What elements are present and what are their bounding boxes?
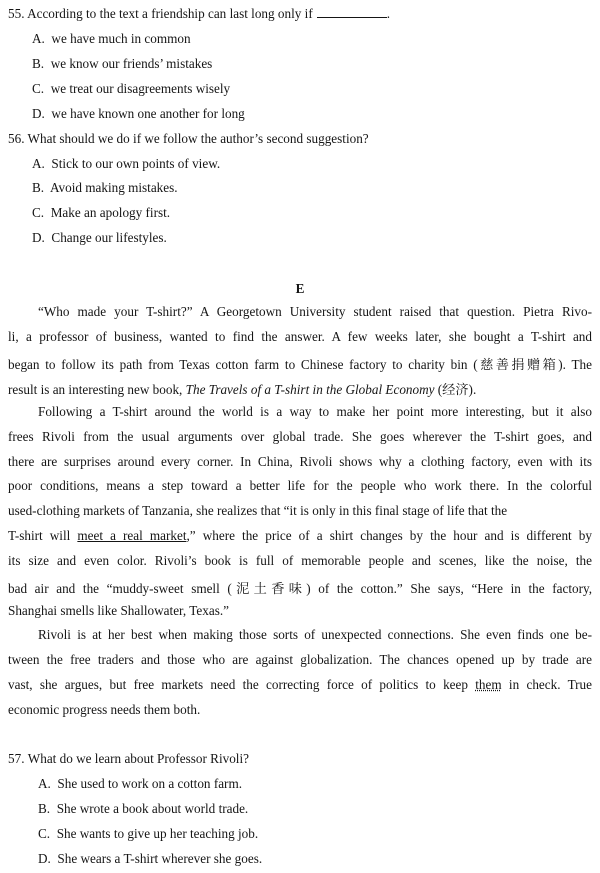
passage-line: tween the free traders and those who are… [8, 652, 592, 668]
question-number: 55. [8, 6, 24, 21]
passage-line: “Who made your T-shirt?” A Georgetown Un… [38, 304, 592, 320]
book-title: The Travels of a T-shirt in the Global E… [186, 382, 435, 397]
question-number: 57. [8, 751, 24, 766]
option-57-b: B. She wrote a book about world trade. [38, 801, 248, 817]
passage-line: vast, she argues, but free markets need … [8, 677, 592, 693]
passage-line: there are surprises around every corner.… [8, 454, 592, 470]
passage-line: bad air and the “muddy-sweet smell (泥土香味… [8, 578, 592, 597]
passage-line: its size and even color. Rivoli’s book i… [8, 553, 592, 569]
option-55-d: D. we have known one another for long [32, 106, 245, 122]
option-55-b: B. we know our friends’ mistakes [32, 56, 212, 72]
option-56-b: B. Avoid making mistakes. [32, 180, 178, 196]
passage-line: economic progress needs them both. [8, 702, 592, 718]
option-57-c: C. She wants to give up her teaching job… [38, 826, 258, 842]
underlined-word: them [475, 677, 501, 692]
passage-line: Shanghai smells like Shallowater, Texas.… [8, 603, 592, 619]
question-stem: What should we do if we follow the autho… [28, 131, 369, 146]
question-stem: According to the text a friendship can l… [27, 6, 313, 21]
answer-blank [317, 6, 387, 18]
passage-line: Following a T-shirt around the world is … [38, 404, 592, 420]
question-55: 55. According to the text a friendship c… [8, 6, 390, 22]
question-number: 56. [8, 131, 24, 146]
option-56-d: D. Change our lifestyles. [32, 230, 167, 246]
question-57: 57. What do we learn about Professor Riv… [8, 751, 249, 767]
passage-line: li, a professor of business, wanted to f… [8, 329, 592, 345]
option-57-a: A. She used to work on a cotton farm. [38, 776, 242, 792]
option-57-d: D. She wears a T-shirt wherever she goes… [38, 851, 262, 867]
underlined-phrase: meet a real market [77, 528, 186, 543]
question-56: 56. What should we do if we follow the a… [8, 131, 369, 147]
passage-line: Rivoli is at her best when making those … [38, 627, 592, 643]
passage-heading: E [0, 281, 600, 297]
option-56-a: A. Stick to our own points of view. [32, 156, 220, 172]
passage-line: frees Rivoli from the usual arguments ov… [8, 429, 592, 445]
option-56-c: C. Make an apology first. [32, 205, 170, 221]
passage-line: began to follow its path from Texas cott… [8, 354, 592, 373]
passage-line: result is an interesting new book, The T… [8, 379, 592, 398]
passage-line: T-shirt will meet a real market,” where … [8, 528, 592, 544]
question-stem: What do we learn about Professor Rivoli? [28, 751, 249, 766]
option-55-c: C. we treat our disagreements wisely [32, 81, 230, 97]
passage-line: used-clothing markets of Tanzania, she r… [8, 503, 592, 519]
passage-line: poor conditions, means a step toward a b… [8, 478, 592, 494]
option-55-a: A. we have much in common [32, 31, 191, 47]
